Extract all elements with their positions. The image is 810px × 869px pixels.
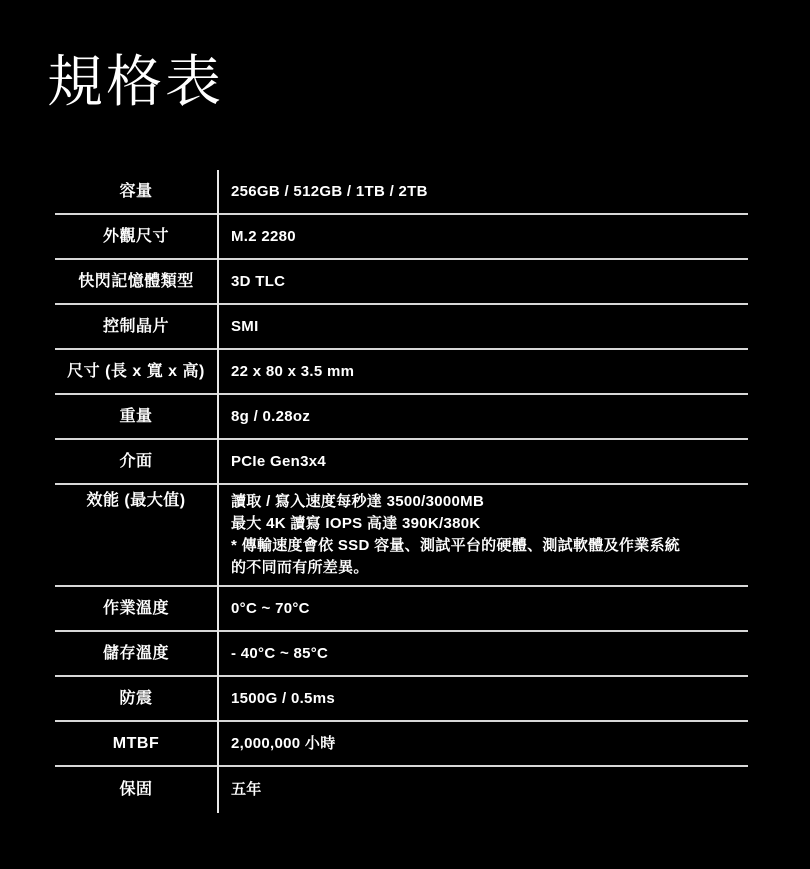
spec-label: 重量 bbox=[55, 407, 217, 427]
spec-value: 8g / 0.28oz bbox=[217, 407, 748, 427]
spec-row: 重量 8g / 0.28oz bbox=[55, 395, 748, 440]
spec-row: 快閃記憶體類型 3D TLC bbox=[55, 260, 748, 305]
spec-label: 控制晶片 bbox=[55, 317, 217, 337]
spec-value-line: 最大 4K 讀寫 IOPS 高達 390K/380K bbox=[231, 513, 740, 535]
spec-label: 介面 bbox=[55, 452, 217, 472]
spec-value-line: 的不同而有所差異。 bbox=[231, 557, 740, 579]
spec-label: 保固 bbox=[55, 780, 217, 800]
column-divider-line bbox=[217, 170, 219, 813]
spec-value: 讀取 / 寫入速度每秒達 3500/3000MB最大 4K 讀寫 IOPS 高達… bbox=[217, 491, 748, 579]
spec-value: 22 x 80 x 3.5 mm bbox=[217, 362, 748, 382]
spec-row: MTBF 2,000,000 小時 bbox=[55, 722, 748, 767]
spec-label: 快閃記憶體類型 bbox=[55, 272, 217, 292]
spec-label: MTBF bbox=[55, 734, 217, 754]
spec-value: 3D TLC bbox=[217, 272, 748, 292]
spec-value: 1500G / 0.5ms bbox=[217, 689, 748, 709]
spec-row: 尺寸 (長 x 寬 x 高) 22 x 80 x 3.5 mm bbox=[55, 350, 748, 395]
spec-row: 介面 PCIe Gen3x4 bbox=[55, 440, 748, 485]
spec-value: SMI bbox=[217, 317, 748, 337]
spec-value: 0°C ~ 70°C bbox=[217, 599, 748, 619]
spec-value-line: 讀取 / 寫入速度每秒達 3500/3000MB bbox=[231, 491, 740, 513]
spec-table: 容量 256GB / 512GB / 1TB / 2TB 外觀尺寸 M.2 22… bbox=[55, 170, 748, 813]
spec-value: PCIe Gen3x4 bbox=[217, 452, 748, 472]
spec-row: 控制晶片 SMI bbox=[55, 305, 748, 350]
spec-label: 作業溫度 bbox=[55, 599, 217, 619]
spec-row: 防震 1500G / 0.5ms bbox=[55, 677, 748, 722]
spec-label: 尺寸 (長 x 寬 x 高) bbox=[55, 362, 217, 382]
spec-label: 容量 bbox=[55, 182, 217, 202]
spec-label: 外觀尺寸 bbox=[55, 227, 217, 247]
spec-value: 2,000,000 小時 bbox=[217, 734, 748, 754]
spec-label: 效能 (最大值) bbox=[55, 491, 217, 511]
spec-label: 儲存溫度 bbox=[55, 644, 217, 664]
spec-rows: 容量 256GB / 512GB / 1TB / 2TB 外觀尺寸 M.2 22… bbox=[55, 170, 748, 813]
spec-value: M.2 2280 bbox=[217, 227, 748, 247]
spec-row: 儲存溫度 - 40°C ~ 85°C bbox=[55, 632, 748, 677]
spec-label: 防震 bbox=[55, 689, 217, 709]
spec-row: 外觀尺寸 M.2 2280 bbox=[55, 215, 748, 260]
spec-value: - 40°C ~ 85°C bbox=[217, 644, 748, 664]
spec-row: 容量 256GB / 512GB / 1TB / 2TB bbox=[55, 170, 748, 215]
spec-value-line: * 傳輸速度會依 SSD 容量、測試平台的硬體、測試軟體及作業系統 bbox=[231, 535, 740, 557]
spec-value: 五年 bbox=[217, 780, 748, 800]
spec-value: 256GB / 512GB / 1TB / 2TB bbox=[217, 182, 748, 202]
spec-row: 效能 (最大值) 讀取 / 寫入速度每秒達 3500/3000MB最大 4K 讀… bbox=[55, 485, 748, 587]
spec-row: 作業溫度 0°C ~ 70°C bbox=[55, 587, 748, 632]
spec-row: 保固 五年 bbox=[55, 767, 748, 813]
page-title: 規格表 bbox=[47, 50, 224, 114]
